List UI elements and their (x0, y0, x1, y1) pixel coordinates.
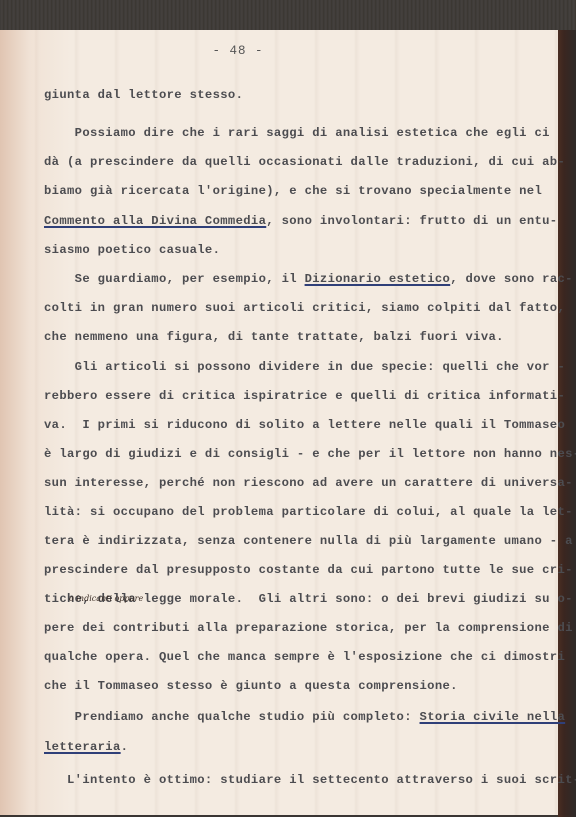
text-line: biamo già ricercata l'origine), e che si… (44, 184, 542, 198)
underlined-title: Storia civile nella (420, 710, 566, 724)
page-number: - 48 - (0, 44, 476, 58)
scan-background-top (0, 0, 576, 30)
text-line: giunta dal lettore stesso. (44, 88, 243, 102)
underlined-title: letteraria (44, 740, 121, 754)
text-line: colti in gran numero suoi articoli criti… (44, 301, 565, 315)
handwritten-annotation: o indicanti oppure (69, 594, 143, 603)
text-line: siasmo poetico casuale. (44, 243, 220, 257)
text-line: qualche opera. Quel che manca sempre è l… (44, 650, 565, 664)
text-line: sun interesse, perché non riescono ad av… (44, 476, 573, 490)
text-line: tera è indirizzata, senza contenere null… (44, 534, 573, 548)
text-line: rebbero essere di critica ispiratrice e … (44, 389, 565, 403)
typewritten-page: - 48 - giunta dal lettore stesso. Possia… (0, 30, 558, 815)
text-line: Commento alla Divina Commedia, sono invo… (44, 214, 557, 228)
text-line: lità: si occupano del problema particola… (44, 505, 573, 519)
underlined-title: Dizionario estetico (305, 272, 451, 286)
text-line: che nemmeno una figura, di tante trattat… (44, 330, 504, 344)
text-line: prescindere dal presupposto costante da … (44, 563, 573, 577)
text-line: che il Tommaseo stesso è giunto a questa… (44, 679, 458, 693)
text-line: va. I primi si riducono di solito a lett… (44, 418, 565, 432)
text-line: L'intento è ottimo: studiare il settecen… (44, 773, 576, 787)
text-line: dà (a prescindere da quelli occasionati … (44, 155, 565, 169)
text-line: Possiamo dire che i rari saggi di analis… (44, 126, 550, 140)
text-line: Gli articoli si possono dividere in due … (44, 360, 565, 374)
text-line: Se guardiamo, per esempio, il Dizionario… (44, 272, 573, 286)
text-line: letteraria. (44, 740, 128, 754)
text-line: è largo di giudizi e di consigli - e che… (44, 447, 576, 461)
underlined-title: Commento alla Divina Commedia (44, 214, 266, 228)
text-line: Prendiamo anche qualche studio più compl… (44, 710, 565, 724)
text-line: pere dei contributi alla preparazione st… (44, 621, 573, 635)
